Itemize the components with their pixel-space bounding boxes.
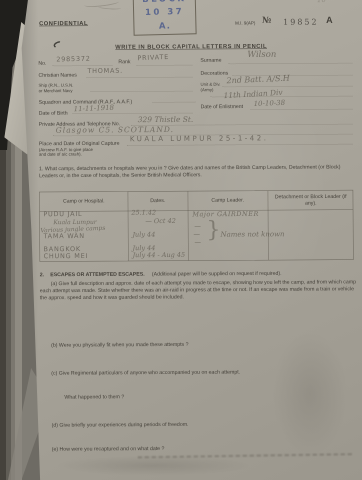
field-rule xyxy=(131,124,353,126)
stamp-text: BLOCK xyxy=(134,0,195,5)
question2d-text: (d) Give briefly your experiences during… xyxy=(52,422,189,428)
pencil-scribble xyxy=(98,5,121,10)
christian-names-label: Christian Names xyxy=(38,73,76,79)
stamp-text: A. xyxy=(134,20,195,31)
surname-value: Wilson xyxy=(247,49,276,59)
field-rule xyxy=(73,113,193,114)
dates-entry: July 44 - Aug 45 xyxy=(133,251,186,259)
enlistment-label: Date of Enlistment xyxy=(201,104,243,110)
serial-suffix: A xyxy=(326,15,333,26)
col-header-detachment: Detachment or Block Leader (if any). xyxy=(268,193,354,207)
serial-number: 19852 xyxy=(283,17,319,27)
field-rule xyxy=(86,77,192,78)
ship-label: or Merchant Navy xyxy=(39,88,73,93)
field-rule xyxy=(223,86,353,87)
dates-entry: 25.1.42 xyxy=(131,209,156,217)
question2b-text: (b) Were you physically fit when you mad… xyxy=(51,342,188,348)
capture-value: KUALA LUMPUR 25-1-42. xyxy=(130,134,269,143)
field-rule xyxy=(127,144,353,146)
form-content: CONFIDENTIAL BLOCK 10 37 A. M.I. 9(AP) №… xyxy=(0,0,362,480)
enlistment-value: 10-10-38 xyxy=(253,99,285,108)
scanned-form-page: CONFIDENTIAL BLOCK 10 37 A. M.I. 9(AP) №… xyxy=(0,0,362,480)
question2a-text: (a) Give full description and approx. da… xyxy=(40,279,360,302)
confidential-label: CONFIDENTIAL xyxy=(39,20,88,26)
ship-label: Ship (R.N., U.S.N. xyxy=(39,83,74,88)
question2-note: (Additional paper will be supplied on re… xyxy=(152,271,282,277)
field-rule xyxy=(211,96,353,97)
field-rule xyxy=(228,63,352,64)
question2-title: ESCAPES OR ATTEMPTED ESCAPES. xyxy=(50,272,144,278)
question2-number: 2. xyxy=(40,272,44,278)
question2c-text: (c) Give Regimental particulars of anyon… xyxy=(51,370,240,377)
no-label: No. xyxy=(38,61,46,67)
ink-showthrough xyxy=(138,453,353,459)
ditto-mark: — xyxy=(194,223,201,231)
col-header-leader: Camp Leader. xyxy=(188,197,268,204)
page-mark: 10 xyxy=(317,0,326,4)
capture-label-note: and date of a/c crash). xyxy=(39,152,82,157)
stamp-text: 10 37 xyxy=(134,6,195,17)
camp-entry: PUDU JAIL xyxy=(43,211,82,219)
unit-div-label: Unit & Div. xyxy=(201,82,221,87)
block-stamp: BLOCK 10 37 A. xyxy=(132,0,196,36)
field-rule xyxy=(52,65,112,66)
col-header-camp: Camp or Hospital. xyxy=(40,198,128,205)
form-reference: M.I. 9(AP) xyxy=(235,20,255,25)
col-header-dates: Dates. xyxy=(128,197,188,204)
rank-value: PRIVATE xyxy=(137,53,169,62)
number-symbol: № xyxy=(262,15,271,25)
camp-entry: TAMA WAN xyxy=(43,232,84,240)
field-rule xyxy=(251,109,353,110)
address-value2: Glasgow C5. SCOTLAND. xyxy=(56,125,174,135)
dates-entry: — Oct 42 xyxy=(145,217,176,225)
brace-mark: } xyxy=(206,217,220,243)
address-value: 329 Thistle St. xyxy=(138,115,194,124)
ditto-mark: — xyxy=(194,239,201,247)
rank-label: Rank xyxy=(118,59,130,65)
camp-leader-entry: Major GAIRDNER xyxy=(192,210,259,218)
dates-entry: July 44 xyxy=(132,231,155,239)
field-rule xyxy=(153,102,196,103)
decorations-label: Decorations xyxy=(200,71,228,77)
birth-value: 11-11-1918 xyxy=(74,104,115,114)
field-rule xyxy=(91,91,193,92)
birth-label: Date of Birth xyxy=(39,111,68,117)
question1-text: 1. What camps, detachments or hospitals … xyxy=(39,164,357,179)
field-rule xyxy=(232,75,352,76)
block-capitals-instruction: WRITE IN BLOCK CAPITAL LETTERS IN PENCIL xyxy=(115,43,267,50)
ditto-mark: — xyxy=(193,231,200,239)
capture-label: Place and Date of Original Capture xyxy=(39,141,120,147)
christian-names-value: THOMAS. xyxy=(87,67,123,75)
ink-mark xyxy=(53,40,63,49)
surname-label: Surname xyxy=(200,58,221,64)
field-rule xyxy=(136,65,192,66)
leader-note: Names not known xyxy=(220,230,284,238)
camp-entry: CHUNG MEI xyxy=(44,252,89,260)
no-value: 2985372 xyxy=(56,55,90,63)
question2c2-text: What happened to them ? xyxy=(64,394,124,400)
question2e-text: (e) How were you recaptured and on what … xyxy=(52,446,165,452)
unit-div-label: (Army) xyxy=(201,87,214,92)
